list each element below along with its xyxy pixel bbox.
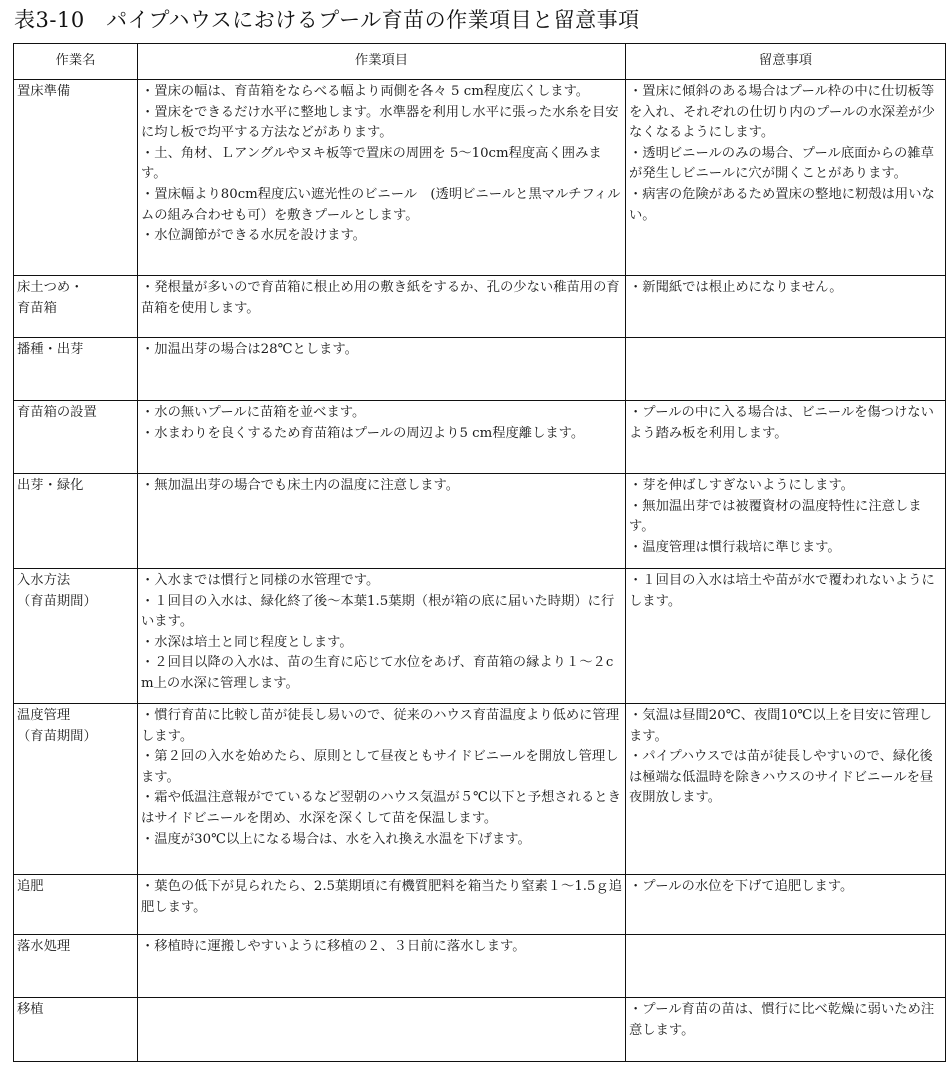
note-text: ・新聞紙では根止めになりません。 <box>629 278 943 299</box>
table-body: 置床準備・置床の幅は、育苗箱をならべる幅より両側を各々 5 cm程度広くします。… <box>14 80 946 1062</box>
note-text: ・病害の危険があるため置床の整地に籾殻は用いない。 <box>629 185 943 226</box>
task-name-text: 育苗箱の設置 <box>17 403 135 424</box>
work-item-text: ・水の無いプールに苗箱を並べます。 <box>141 403 623 424</box>
work-items-cell: ・置床の幅は、育苗箱をならべる幅より両側を各々 5 cm程度広くします。・置床を… <box>138 80 626 276</box>
table-row: 入水方法（育苗期間）・入水までは慣行と同様の水管理です。・１回目の入水は、緑化終… <box>14 569 946 704</box>
notes-cell <box>626 338 946 401</box>
notes-cell: ・気温は昼間20℃、夜間10℃以上を目安に管理します。・パイプハウスでは苗が徒長… <box>626 704 946 875</box>
work-items-cell: ・葉色の低下が見られたら、2.5葉期頃に有機質肥料を箱当たり窒素１～1.5ｇ追肥… <box>138 875 626 935</box>
note-text: ・プールの中に入る場合は、ビニールを傷つけないよう踏み板を利用します。 <box>629 403 943 444</box>
work-item-text: ・水深は培土と同じ程度とします。 <box>141 633 623 654</box>
table-row: 出芽・緑化・無加温出芽の場合でも床土内の温度に注意します。・芽を伸ばしすぎないよ… <box>14 474 946 569</box>
work-item-text: ・温度が30℃以上になる場合は、水を入れ換え水温を下げます。 <box>141 830 623 851</box>
task-name-text: 播種・出芽 <box>17 340 135 361</box>
table-caption: 表3-10 パイプハウスにおけるプール育苗の作業項目と留意事項 <box>14 6 640 34</box>
note-text: ・気温は昼間20℃、夜間10℃以上を目安に管理します。 <box>629 706 943 747</box>
table-row: 温度管理（育苗期間）・慣行育苗に比較し苗が徒長し易いので、従来のハウス育苗温度よ… <box>14 704 946 875</box>
task-name-cell: 追肥 <box>14 875 138 935</box>
work-item-text: ・置床をできるだけ水平に整地します。水準器を利用し水平に張った水糸を目安に均し板… <box>141 103 623 144</box>
task-name-text: 置床準備 <box>17 82 135 103</box>
table-row: 落水処理・移植時に運搬しやすいように移植の２、３日前に落水します。 <box>14 935 946 998</box>
note-text: ・プール育苗の苗は、慣行に比べ乾燥に弱いため注意します。 <box>629 1000 943 1041</box>
table-row: 追肥・葉色の低下が見られたら、2.5葉期頃に有機質肥料を箱当たり窒素１～1.5ｇ… <box>14 875 946 935</box>
task-name-cell: 出芽・緑化 <box>14 474 138 569</box>
task-name-cell: 温度管理（育苗期間） <box>14 704 138 875</box>
task-name-text: 移植 <box>17 1000 135 1021</box>
task-name-cell: 育苗箱の設置 <box>14 401 138 474</box>
task-name-cell: 落水処理 <box>14 935 138 998</box>
task-name-text: （育苗期間） <box>17 727 135 748</box>
work-items-table: 作業名 作業項目 留意事項 置床準備・置床の幅は、育苗箱をならべる幅より両側を各… <box>13 43 946 1062</box>
work-item-text: ・入水までは慣行と同様の水管理です。 <box>141 571 623 592</box>
task-name-text: 落水処理 <box>17 937 135 958</box>
note-text: ・透明ビニールのみの場合、プール底面からの雑草が発生しビニールに穴が開くことがあ… <box>629 144 943 185</box>
work-item-text: ・霜や低温注意報がでているなど翌朝のハウス気温が５℃以下と予想されるときはサイド… <box>141 788 623 829</box>
work-item-text: ・２回目以降の入水は、苗の生育に応じて水位をあげ、育苗箱の縁より１～２cm上の水… <box>141 653 623 694</box>
work-items-cell: ・入水までは慣行と同様の水管理です。・１回目の入水は、緑化終了後～本葉1.5葉期… <box>138 569 626 704</box>
task-name-cell: 移植 <box>14 998 138 1062</box>
table-row: 床土つめ・育苗箱・発根量が多いので育苗箱に根止め用の敷き紙をするか、孔の少ない稚… <box>14 276 946 338</box>
work-item-text: ・無加温出芽の場合でも床土内の温度に注意します。 <box>141 476 623 497</box>
work-item-text: ・水位調節ができる水尻を設けます。 <box>141 226 623 247</box>
header-notes: 留意事項 <box>626 44 946 80</box>
work-item-text: ・発根量が多いので育苗箱に根止め用の敷き紙をするか、孔の少ない稚苗用の育苗箱を使… <box>141 278 623 319</box>
work-item-text: ・水まわりを良くするため育苗箱はプールの周辺より5 cm程度離します。 <box>141 424 623 445</box>
work-item-text: ・１回目の入水は、緑化終了後～本葉1.5葉期（根が箱の底に届いた時期）に行います… <box>141 592 623 633</box>
table-row: 移植・プール育苗の苗は、慣行に比べ乾燥に弱いため注意します。 <box>14 998 946 1062</box>
task-name-text: 育苗箱 <box>17 299 135 320</box>
work-item-text: ・加温出芽の場合は28℃とします。 <box>141 340 623 361</box>
note-text: ・温度管理は慣行栽培に準じます。 <box>629 538 943 559</box>
work-item-text: ・第２回の入水を始めたら、原則として昼夜ともサイドビニールを開放し管理します。 <box>141 747 623 788</box>
work-item-text: ・慣行育苗に比較し苗が徒長し易いので、従来のハウス育苗温度より低めに管理します。 <box>141 706 623 747</box>
work-items-cell: ・無加温出芽の場合でも床土内の温度に注意します。 <box>138 474 626 569</box>
work-items-cell: ・発根量が多いので育苗箱に根止め用の敷き紙をするか、孔の少ない稚苗用の育苗箱を使… <box>138 276 626 338</box>
task-name-text: （育苗期間） <box>17 592 135 613</box>
note-text: ・パイプハウスでは苗が徒長しやすいので、緑化後は極端な低温時を除きハウスのサイド… <box>629 747 943 809</box>
task-name-text: 床土つめ・ <box>17 278 135 299</box>
note-text: ・１回目の入水は培土や苗が水で覆われないようにします。 <box>629 571 943 612</box>
header-row: 作業名 作業項目 留意事項 <box>14 44 946 80</box>
work-items-cell <box>138 998 626 1062</box>
task-name-cell: 床土つめ・育苗箱 <box>14 276 138 338</box>
note-text: ・無加温出芽では被覆資材の温度特性に注意します。 <box>629 497 943 538</box>
task-name-cell: 播種・出芽 <box>14 338 138 401</box>
work-items-cell: ・慣行育苗に比較し苗が徒長し易いので、従来のハウス育苗温度より低めに管理します。… <box>138 704 626 875</box>
table-row: 育苗箱の設置・水の無いプールに苗箱を並べます。・水まわりを良くするため育苗箱はプ… <box>14 401 946 474</box>
work-items-cell: ・移植時に運搬しやすいように移植の２、３日前に落水します。 <box>138 935 626 998</box>
work-item-text: ・置床の幅は、育苗箱をならべる幅より両側を各々 5 cm程度広くします。 <box>141 82 623 103</box>
task-name-text: 出芽・緑化 <box>17 476 135 497</box>
task-name-text: 追肥 <box>17 877 135 898</box>
work-item-text: ・土、角材、Ｌアングルやヌキ板等で置床の周囲を 5～10cm程度高く囲みます。 <box>141 144 623 185</box>
note-text: ・プールの水位を下げて追肥します。 <box>629 877 943 898</box>
notes-cell: ・新聞紙では根止めになりません。 <box>626 276 946 338</box>
header-work-items: 作業項目 <box>138 44 626 80</box>
work-item-text: ・葉色の低下が見られたら、2.5葉期頃に有機質肥料を箱当たり窒素１～1.5ｇ追肥… <box>141 877 623 918</box>
notes-cell: ・プールの中に入る場合は、ビニールを傷つけないよう踏み板を利用します。 <box>626 401 946 474</box>
notes-cell: ・１回目の入水は培土や苗が水で覆われないようにします。 <box>626 569 946 704</box>
task-name-text: 温度管理 <box>17 706 135 727</box>
note-text: ・芽を伸ばしすぎないようにします。 <box>629 476 943 497</box>
header-task-name: 作業名 <box>14 44 138 80</box>
task-name-text: 入水方法 <box>17 571 135 592</box>
note-text: ・置床に傾斜のある場合はプール枠の中に仕切板等を入れ、それぞれの仕切り内のプール… <box>629 82 943 144</box>
table-row: 置床準備・置床の幅は、育苗箱をならべる幅より両側を各々 5 cm程度広くします。… <box>14 80 946 276</box>
work-items-cell: ・水の無いプールに苗箱を並べます。・水まわりを良くするため育苗箱はプールの周辺よ… <box>138 401 626 474</box>
notes-cell: ・プール育苗の苗は、慣行に比べ乾燥に弱いため注意します。 <box>626 998 946 1062</box>
table-row: 播種・出芽・加温出芽の場合は28℃とします。 <box>14 338 946 401</box>
work-item-text: ・移植時に運搬しやすいように移植の２、３日前に落水します。 <box>141 937 623 958</box>
task-name-cell: 入水方法（育苗期間） <box>14 569 138 704</box>
work-item-text: ・置床幅より80cm程度広い遮光性のビニール (透明ビニールと黒マルチフィルムの… <box>141 185 623 226</box>
notes-cell: ・置床に傾斜のある場合はプール枠の中に仕切板等を入れ、それぞれの仕切り内のプール… <box>626 80 946 276</box>
notes-cell <box>626 935 946 998</box>
notes-cell: ・プールの水位を下げて追肥します。 <box>626 875 946 935</box>
notes-cell: ・芽を伸ばしすぎないようにします。・無加温出芽では被覆資材の温度特性に注意します… <box>626 474 946 569</box>
task-name-cell: 置床準備 <box>14 80 138 276</box>
work-items-cell: ・加温出芽の場合は28℃とします。 <box>138 338 626 401</box>
